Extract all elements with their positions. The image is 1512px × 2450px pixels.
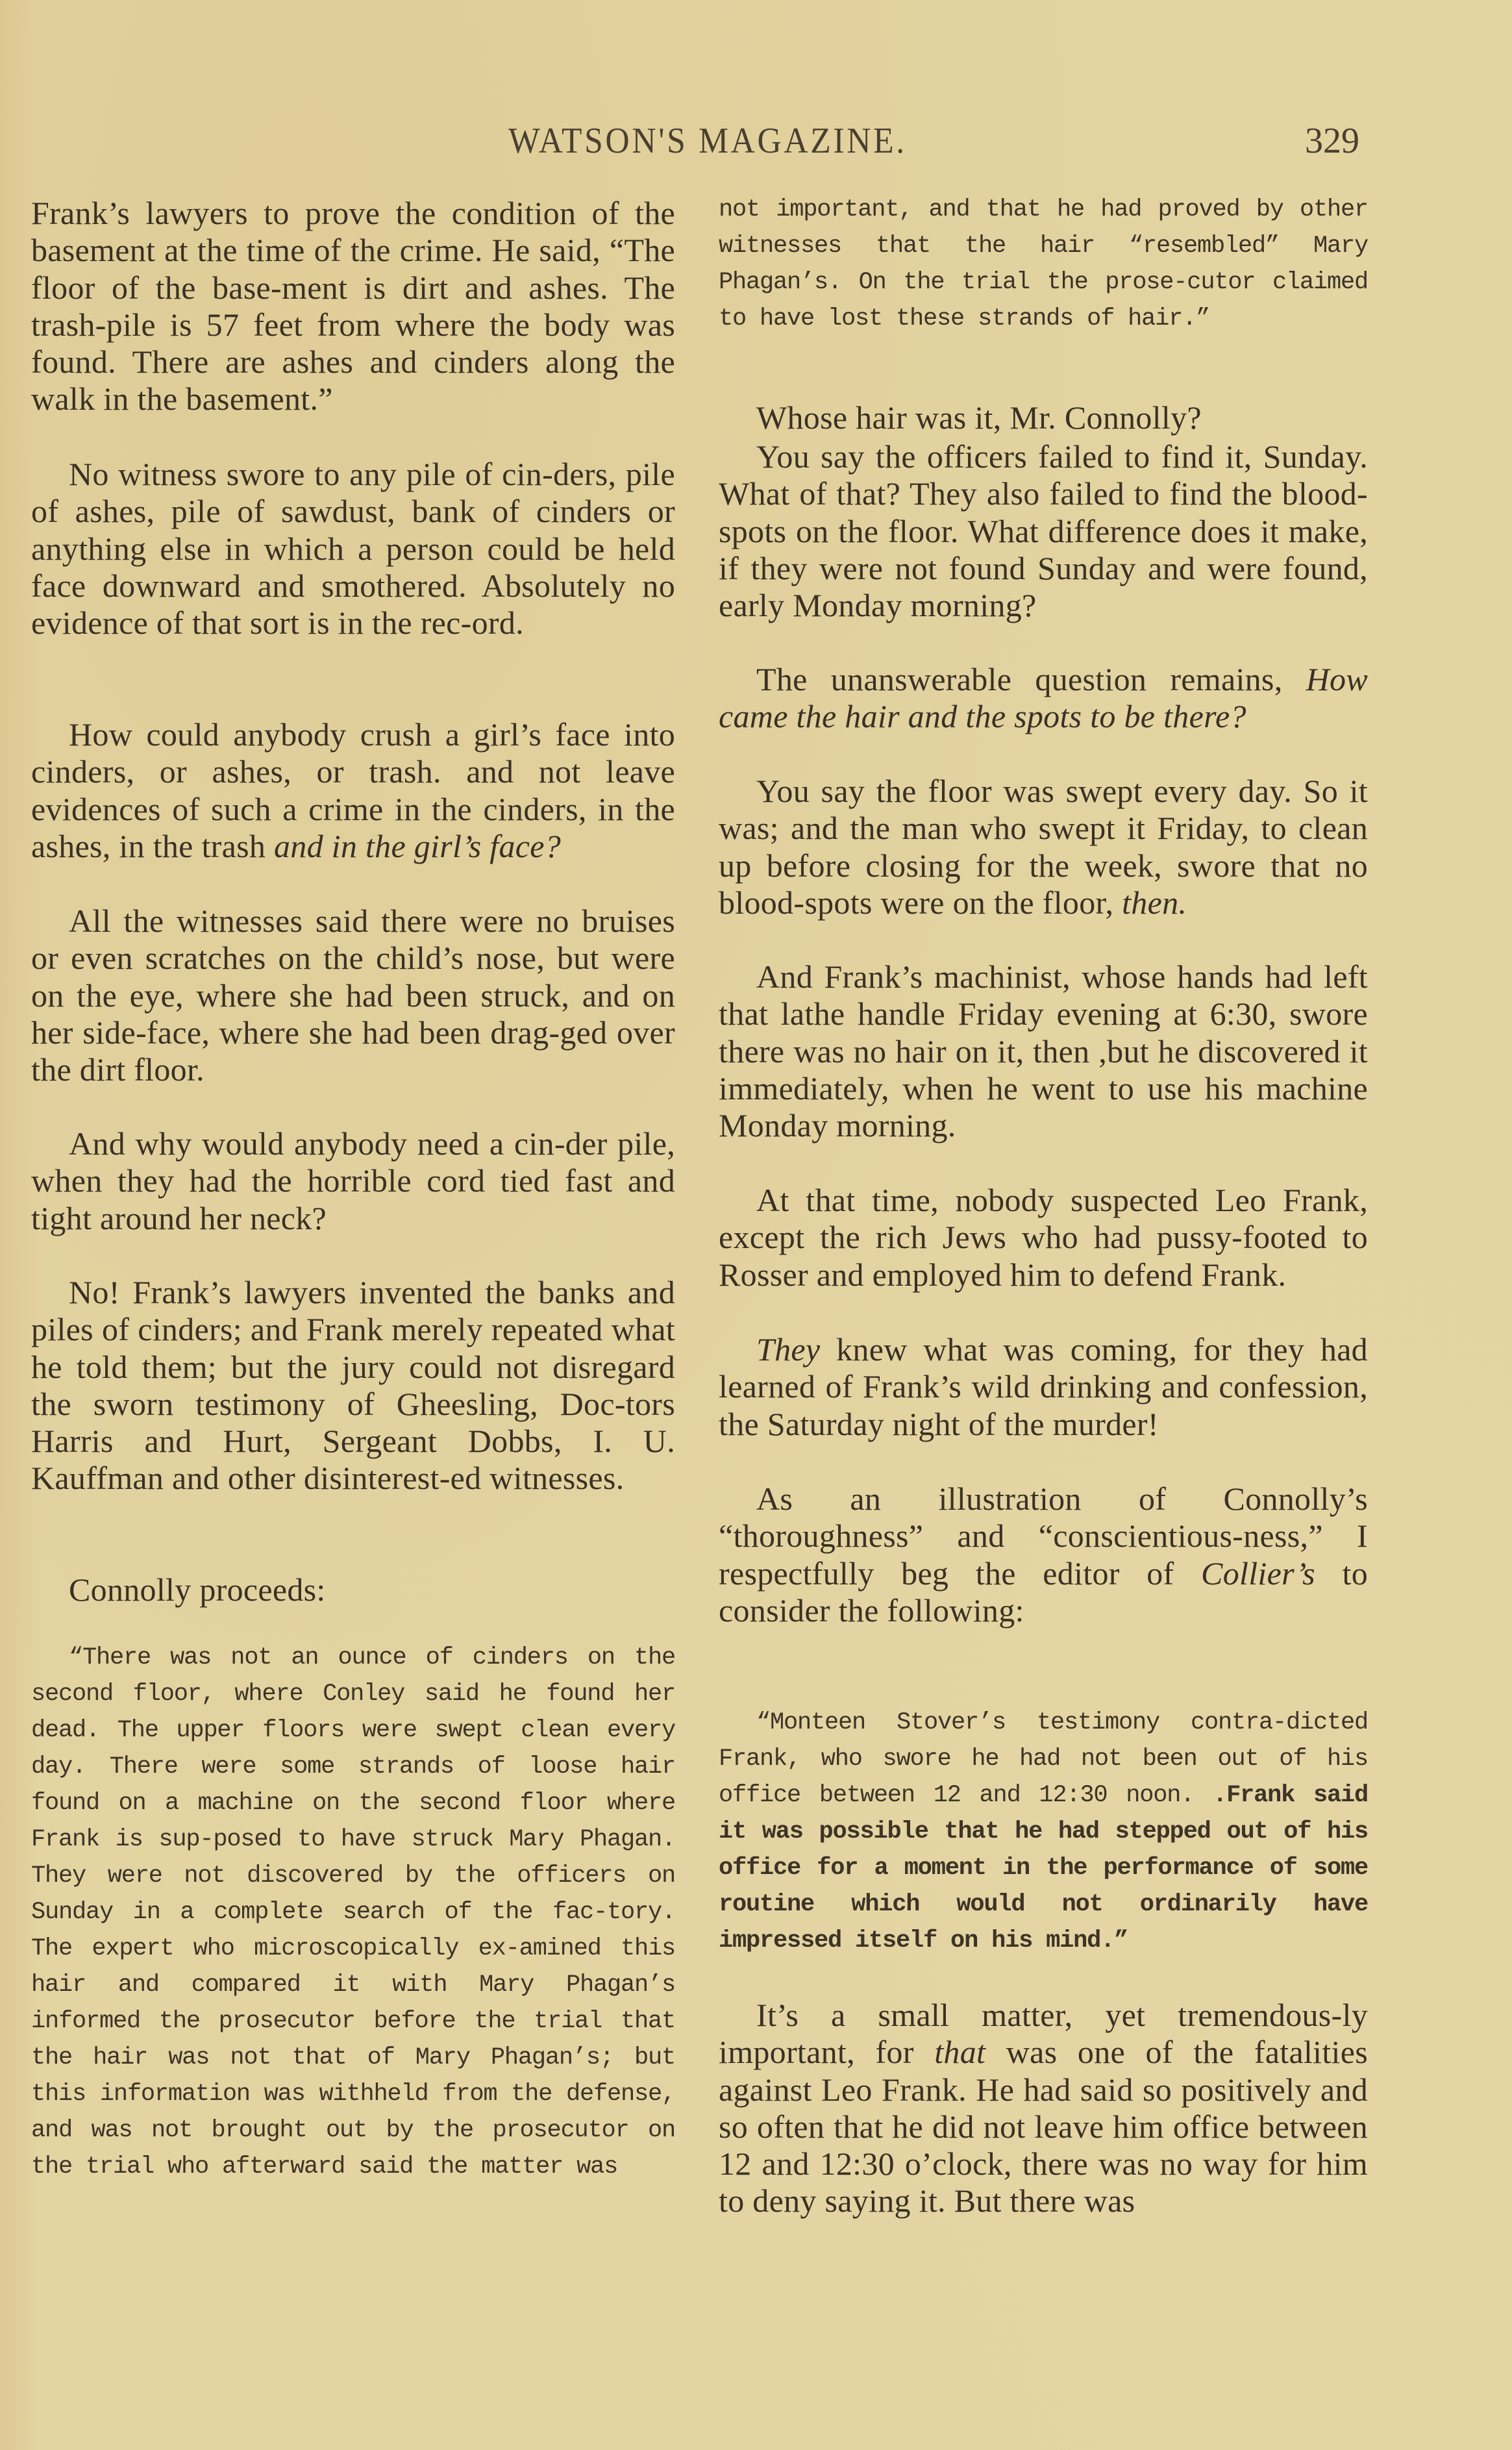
block-quote-stover: “Monteen Stover’s testimony contra-dicte…	[719, 1705, 1368, 1959]
paragraph-unanswerable-question: The unanswerable question remains, How c…	[719, 661, 1368, 736]
italic-emphasis: that	[934, 2034, 985, 2070]
paragraph-how-could-anybody: How could anybody crush a girl’s face in…	[31, 716, 675, 865]
magazine-title: WATSON'S MAGAZINE.	[475, 120, 941, 162]
paragraph-floor-swept: You say the floor was swept every day. S…	[719, 773, 1368, 921]
running-header: WATSON'S MAGAZINE. 329	[0, 120, 1512, 166]
paragraph-lawyers-invented: No! Frank’s lawyers invented the banks a…	[31, 1274, 675, 1497]
paragraph-connolly-proceeds: Connolly proceeds:	[31, 1571, 675, 1608]
paragraph-basement-condition: Frank’s lawyers to prove the condition o…	[31, 195, 675, 418]
block-quote-continuation: not important, and that he had proved by…	[719, 192, 1368, 337]
italic-emphasis: and in the girl’s face?	[274, 828, 561, 864]
paragraph-text: You say the floor was swept every day. S…	[719, 773, 1368, 921]
page-number: 329	[1305, 120, 1359, 162]
paragraph-they-knew: They knew what was coming, for they had …	[719, 1331, 1368, 1443]
paragraph-all-witnesses: All the witnesses said there were no bru…	[31, 903, 675, 1088]
paragraph-cinder-pile: And why would anybody need a cin-der pil…	[31, 1125, 675, 1237]
paragraph-machinist: And Frank’s machinist, whose hands had l…	[719, 958, 1368, 1144]
italic-emphasis: then.	[1122, 884, 1187, 921]
paragraph-no-witness: No witness swore to any pile of cin-ders…	[31, 456, 675, 642]
paragraph-nobody-suspected: At that time, nobody suspected Leo Frank…	[719, 1182, 1368, 1294]
paragraph-text: The unanswerable question remains,	[756, 661, 1283, 697]
paragraph-officers-failed: You say the officers failed to find it, …	[719, 438, 1368, 624]
paragraph-small-matter: It’s a small matter, yet tremendous-ly i…	[719, 1997, 1368, 2220]
italic-publication-name: Collier’s	[1201, 1555, 1315, 1592]
block-quote-connolly: “There was not an ounce of cinders on th…	[31, 1640, 675, 2185]
paragraph-illustration: As an illustration of Connolly’s “thorou…	[719, 1481, 1368, 1629]
italic-emphasis: They	[756, 1331, 820, 1368]
paragraph-whose-hair: Whose hair was it, Mr. Connolly?	[719, 399, 1368, 436]
magazine-page: WATSON'S MAGAZINE. 329 Frank’s lawyers t…	[0, 0, 1512, 2450]
